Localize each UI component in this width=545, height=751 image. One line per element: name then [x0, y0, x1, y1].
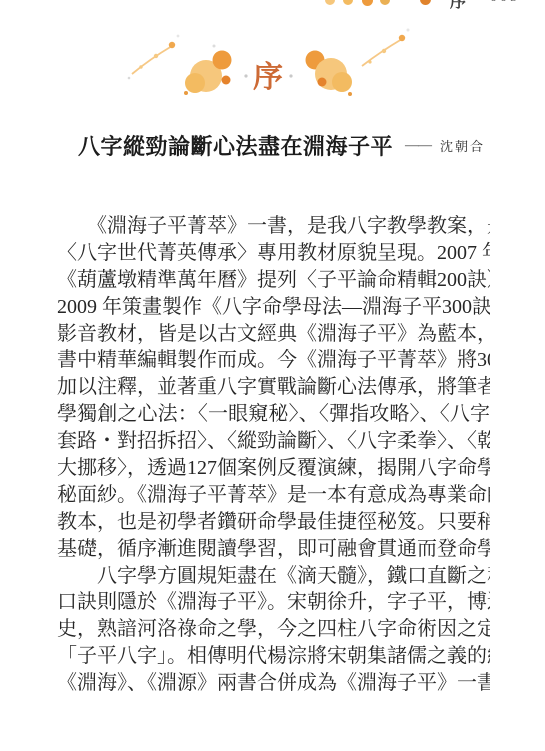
book-page: 序 005 序 — [0, 0, 545, 751]
author-name: 沈朝合 — [440, 136, 485, 155]
text-line: 學獨創之心法：〈一眼窺秘〉、〈彈指攻略〉、〈八字 — [57, 401, 490, 428]
text-line: 《淵海》、《淵源》兩書合併成為《淵海子平》一書， — [57, 670, 490, 697]
text-line: 八字學方圓規矩盡在《滴天髓》，鐵口直斷之秘術 — [57, 563, 490, 590]
chapter-ornament: 序 — [118, 24, 418, 100]
text-line: 《葫蘆墩精準萬年曆》提列〈子平論命精輯200訣〉， — [57, 267, 490, 294]
running-header: 序 005 — [0, 0, 545, 11]
chapter-character: 序 — [253, 61, 283, 94]
article-heading: 八字縱勁論斷心法盡在淵海子平 —— 沈朝合 — [78, 130, 505, 161]
flower-ornament-icon: 序 — [118, 24, 418, 100]
text-line: 加以注釋，並著重八字實戰論斷心法傳承，將筆者八字 — [57, 374, 490, 401]
body-text: 《淵海子平菁萃》一書，是我八字教學教案，是 〈八字世代菁英傳承〉專用教材原貌呈現… — [57, 213, 490, 697]
text-line: 大挪移〉，透過127個案例反覆演練，揭開八字命學神 — [57, 455, 490, 482]
text-line: 基礎，循序漸進閱讀學習，即可融會貫通而登命學堂奧。 — [57, 536, 490, 563]
text-line: 秘面紗。《淵海子平菁萃》是一本有意成為專業命師必讀 — [57, 482, 490, 509]
text-line: 口訣則隱於《淵海子平》。宋朝徐升，字子平，博通經 — [57, 589, 490, 616]
text-line: 套路・對招拆招〉、〈縱勁論斷〉、〈八字柔拳〉、〈乾坤 — [57, 428, 490, 455]
article-title: 八字縱勁論斷心法盡在淵海子平 — [78, 130, 393, 161]
text-line: 影音教材，皆是以古文經典《淵海子平》為藍本，萃取 — [57, 321, 490, 348]
flower-dot-icon — [362, 0, 373, 6]
text-line: 教本，也是初學者鑽研命學最佳捷徑秘笈。只要稍懂八字 — [57, 509, 490, 536]
title-author-dash: —— — [405, 138, 431, 154]
text-line: 史，熟諳河洛祿命之學，今之四柱八字命術因之定名為 — [57, 616, 490, 643]
page-number: 005 — [490, 0, 520, 6]
flower-dot-icon — [325, 0, 335, 5]
text-line: 〈八字世代菁英傳承〉專用教材原貌呈現。2007 年 — [57, 240, 490, 267]
flower-dot-icon — [420, 0, 431, 5]
text-line: 2009 年策畫製作《八字命學母法—淵海子平300訣》 — [57, 294, 490, 321]
flower-dot-icon — [380, 0, 390, 5]
text-line: 《淵海子平菁萃》一書，是我八字教學教案，是 — [57, 213, 490, 240]
flower-dot-icon — [343, 0, 353, 5]
section-label: 序 — [450, 0, 466, 11]
text-line: 書中精華編輯製作而成。今《淵海子平菁萃》將300訣 — [57, 347, 490, 374]
text-line: 「子平八字」。相傳明代楊淙將宋朝集諸儒之義的經典 — [57, 643, 490, 670]
